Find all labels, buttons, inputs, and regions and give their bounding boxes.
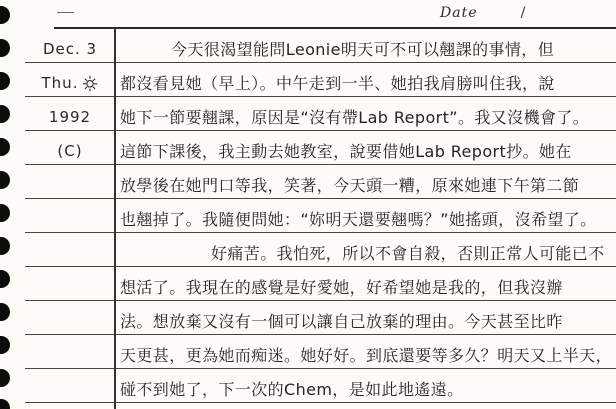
top-rule (54, 27, 616, 29)
date-cell-date: Dec. 3 (25, 38, 115, 61)
diary-line: 天更甚，更為她而痴迷。她好好。到底還要等多久？明天又上半天， (120, 344, 612, 367)
diary-line: 都沒看見她（早上）。中午走到一半、她拍我肩膀叫住我，說 (120, 72, 555, 95)
binding-hole (0, 72, 10, 90)
binding-hole (0, 237, 10, 255)
diary-line: 放學後在她門口等我，笑著，今天頭一糟，原來她連下午第二節 (120, 174, 579, 197)
diary-line: 也翹掉了。我隨便問她：“妳明天還要翹嗎？”她搖頭，沒希望了。 (120, 208, 597, 231)
diary-line: 好痛苦。我怕死，所以不會自殺，否則正常人可能已不 (211, 242, 605, 265)
date-cell-grade: (C) (25, 140, 115, 163)
binding-hole (0, 270, 10, 288)
diary-line: 這節下課後，我主動去她教室，說要借她Lab Report抄。她在 (120, 140, 572, 163)
grade-mark-text: (C) (57, 142, 82, 160)
date-cell-weekday: Thu. (25, 72, 115, 95)
binding-hole (0, 6, 10, 24)
diary-line: 想活了。我現在的感覺是好愛她，好希望她是我的，但我沒辦 (120, 276, 563, 299)
diary-line: 今天很渴望能問Leonie明天可不可以翹課的事情，但 (171, 38, 554, 61)
diary-line: 她下一節要翹課，原因是“沒有帶Lab Report”。我又沒機會了。 (120, 106, 589, 129)
diary-line: 法。想放棄又沒有一個可以讓自己放棄的理由。今天甚至比昨 (120, 310, 563, 333)
weekday-text: Thu. (42, 74, 79, 92)
binding-hole (0, 171, 10, 189)
date-cell-year: 1992 (25, 106, 115, 129)
binding-hole (0, 336, 10, 354)
date-label: Date (440, 5, 477, 21)
binding-hole (0, 39, 10, 57)
date-text: Dec. 3 (43, 40, 97, 58)
diary-line: 碰不到她了，下一次的Chem，是如此地遙遠。 (120, 378, 464, 401)
binding-hole (0, 369, 10, 387)
scan-artifact (57, 12, 74, 13)
binding-hole (0, 399, 10, 409)
date-slash: / (521, 5, 526, 21)
sun-icon (82, 77, 98, 95)
binding-hole (0, 204, 10, 222)
page-date-header: Date / (440, 2, 610, 21)
year-text: 1992 (49, 108, 91, 126)
binding-hole (0, 138, 10, 156)
binding-hole (0, 303, 10, 321)
diary-page: Date / Dec. 3 Thu. 1992 (C) 今天很渴望能問Leoni… (0, 0, 616, 409)
binding-hole (0, 105, 10, 123)
